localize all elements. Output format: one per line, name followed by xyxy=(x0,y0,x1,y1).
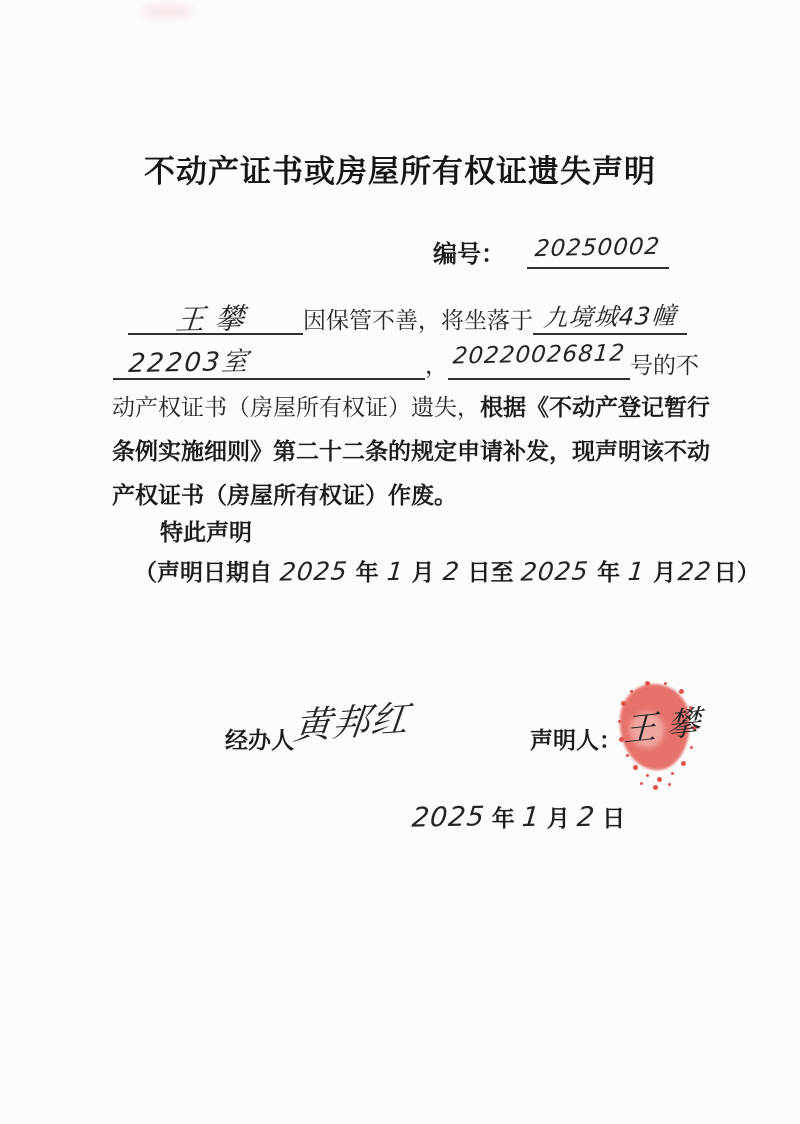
scan-smudge xyxy=(140,4,195,18)
body-line-5: 产权证书（房屋所有权证）作废。 xyxy=(112,477,457,510)
date-day-unit: 日 xyxy=(602,800,625,833)
serial-value-handwritten: 20250002 xyxy=(534,234,662,262)
body-line-2: 22203室 ， 20220026812 号的不 xyxy=(113,342,699,380)
closing-statement: 特此声明 xyxy=(160,514,252,547)
date-month-handwritten: 1 xyxy=(520,802,541,833)
declarant-signature-handwritten: 王攀 xyxy=(623,696,711,752)
validity-year-unit-2: 年 xyxy=(597,554,620,587)
address-room-handwritten: 22203室 xyxy=(127,341,251,380)
certificate-no-handwritten: 20220026812 xyxy=(452,341,627,370)
body-line-4: 条例实施细则》第二十二条的规定申请补发，现声明该不动 xyxy=(112,433,710,466)
validity-suffix: 日） xyxy=(714,554,760,587)
validity-from-day-handwritten: 2 xyxy=(441,557,460,586)
address-building-handwritten: 九境城43幢 xyxy=(542,296,678,333)
declarant-name-blank: 王攀 xyxy=(128,297,303,335)
validity-month-unit-1: 月 xyxy=(412,554,435,587)
document-title: 不动产证书或房屋所有权证遗失声明 xyxy=(0,146,800,191)
validity-to-connector: 日至 xyxy=(467,554,513,587)
body-line5-text: 产权证书（房屋所有权证）作废。 xyxy=(112,477,457,510)
validity-month-unit-2: 月 xyxy=(653,554,676,587)
validity-to-year-handwritten: 2025 xyxy=(520,556,590,586)
date-year-handwritten: 2025 xyxy=(411,801,487,833)
body-text-after-no: 号的不 xyxy=(630,347,699,380)
body-line3-serif: 动产权证书（房屋所有权证）遗失， xyxy=(112,389,480,422)
date-day-handwritten: 2 xyxy=(576,802,597,833)
validity-period-line: （声明日期自 2025 年 1 月 2 日至 2025 年 1 月 22 日） xyxy=(134,554,760,587)
body-comma: ， xyxy=(425,347,448,380)
closing-text: 特此声明 xyxy=(160,514,252,547)
address-building-blank: 九境城43幢 xyxy=(533,297,687,335)
scanned-declaration-page: 不动产证书或房屋所有权证遗失声明 编号： 20250002 王攀 因保管不善，将… xyxy=(0,0,800,1124)
serial-number-row: 编号： 20250002 xyxy=(433,234,669,269)
address-room-blank: 22203室 xyxy=(113,342,425,380)
validity-from-year-handwritten: 2025 xyxy=(279,556,349,586)
validity-to-month-handwritten: 1 xyxy=(627,557,646,586)
validity-prefix: （声明日期自 xyxy=(134,554,272,587)
validity-year-unit-1: 年 xyxy=(356,554,379,587)
declarant-label: 声明人： xyxy=(530,722,622,755)
declarant-name-handwritten: 王攀 xyxy=(175,296,257,338)
body-line-1: 王攀 因保管不善，将坐落于 九境城43幢 xyxy=(128,297,687,335)
fingerprint-speckles xyxy=(616,682,619,685)
validity-to-day-handwritten: 22 xyxy=(677,557,713,587)
body-line3-bold: 根据《不动产登记暂行 xyxy=(480,389,710,422)
body-line4-text: 条例实施细则》第二十二条的规定申请补发，现声明该不动 xyxy=(112,433,710,466)
serial-label: 编号： xyxy=(433,234,505,269)
agent-signature-handwritten: 黄邦红 xyxy=(292,688,413,750)
agent-label: 经办人 xyxy=(225,722,294,755)
serial-blank: 20250002 xyxy=(527,235,669,269)
body-text-after-name: 因保管不善，将坐落于 xyxy=(303,302,533,335)
body-line-3: 动产权证书（房屋所有权证）遗失， 根据《不动产登记暂行 xyxy=(112,389,710,422)
date-month-unit: 月 xyxy=(547,800,570,833)
validity-from-month-handwritten: 1 xyxy=(385,557,404,586)
certificate-no-blank: 20220026812 xyxy=(448,342,630,380)
declaration-date-line: 2025 年 1 月 2 日 xyxy=(405,800,625,833)
date-year-unit: 年 xyxy=(492,800,515,833)
